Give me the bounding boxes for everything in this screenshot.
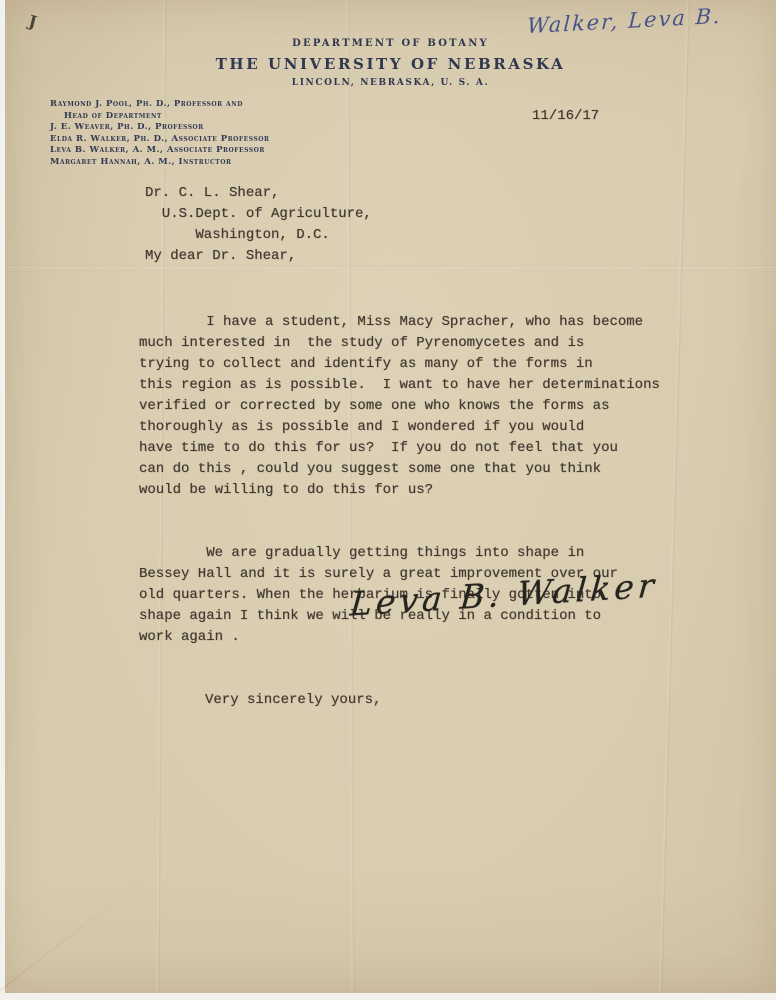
scanned-letter-page: { "annotations": { "corner_mark": "J", "… <box>0 0 776 1000</box>
letterhead-faculty-list: Raymond J. Pool, Ph. D., Professor and H… <box>50 99 269 168</box>
fold-crease-corner <box>0 870 154 995</box>
body-paragraph-1: I have a student, Miss Macy Spracher, wh… <box>139 312 660 501</box>
fold-crease-vertical-right <box>659 0 690 993</box>
closing-line: Very sincerely yours, <box>205 690 660 711</box>
letterhead-location: LINCOLN, NEBRASKA, U. S. A. <box>5 78 776 88</box>
letterhead-university: THE UNIVERSITY OF NEBRASKA <box>5 55 776 73</box>
letterhead: DEPARTMENT OF BOTANY THE UNIVERSITY OF N… <box>5 38 776 88</box>
letterhead-department: DEPARTMENT OF BOTANY <box>5 38 776 49</box>
letter-body: I have a student, Miss Macy Spracher, wh… <box>139 270 660 753</box>
fold-crease-horizontal <box>5 265 776 268</box>
recipient-address-block: Dr. C. L. Shear, U.S.Dept. of Agricultur… <box>145 183 372 267</box>
letter-date: 11/16/17 <box>532 108 599 124</box>
archival-name-note: Walker, Leva B. <box>527 4 723 38</box>
letter-paper: J Walker, Leva B. DEPARTMENT OF BOTANY T… <box>5 0 776 993</box>
corner-check-mark: J <box>27 11 39 31</box>
